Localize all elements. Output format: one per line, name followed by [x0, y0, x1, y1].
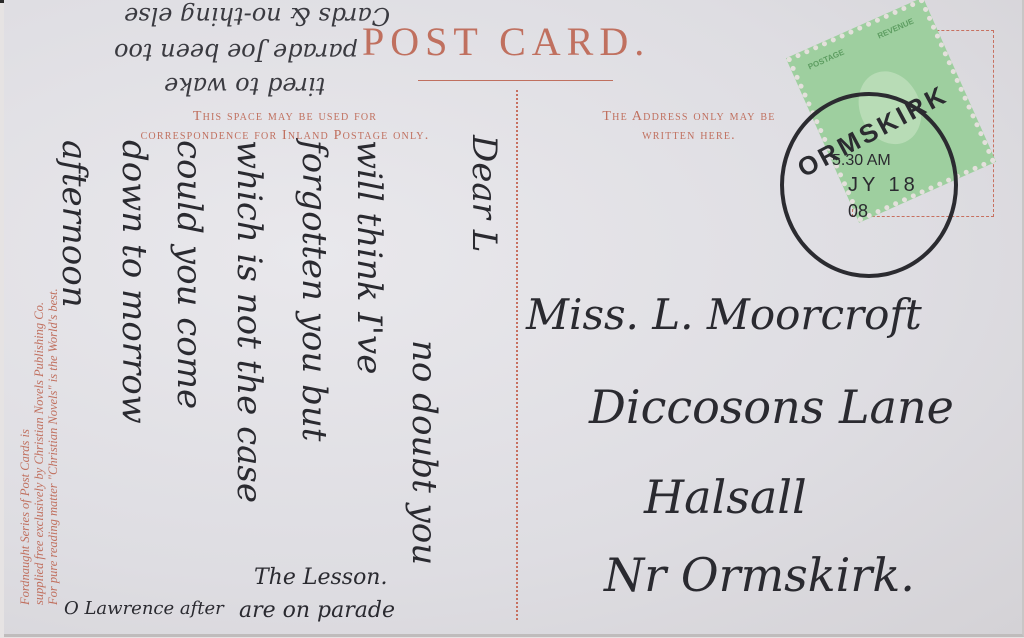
address-village: Halsall — [644, 470, 807, 524]
message-line: no doubt you — [404, 340, 444, 565]
message-line: afternoon — [54, 140, 94, 308]
postmark-year: 08 — [848, 201, 868, 222]
instruction-line: The Address only may be — [564, 107, 814, 126]
center-divider — [516, 90, 518, 620]
message-line: could you come — [169, 140, 209, 409]
instruction-line: written here. — [564, 126, 814, 145]
note-line: O Lawrence after — [64, 598, 224, 619]
imprint-line: supplied free exclusively by Christian N… — [32, 15, 46, 605]
message-line: Dear L — [464, 135, 504, 252]
postmark-time: 5.30 AM — [832, 152, 891, 170]
message-line: down to morrow — [114, 140, 154, 424]
message-line: which is not the case — [229, 140, 269, 503]
address-street: Diccosons Lane — [589, 380, 954, 434]
upside-down-line: tired to wake — [164, 72, 325, 100]
address-town: Nr Ormskirk. — [604, 548, 915, 602]
side-imprint: Fordnaught Series of Post Cards is suppl… — [18, 15, 60, 605]
address-name: Miss. L. Moorcroft — [526, 290, 922, 339]
upside-down-line: parade Joe been too — [114, 38, 358, 66]
postcard-title: POST CARD. — [362, 18, 650, 65]
instruction-line: This space may be used for — [90, 107, 480, 126]
stamp-label: REVENUE — [876, 17, 915, 41]
address-instruction: The Address only may be written here. — [564, 107, 814, 145]
title-rule — [418, 80, 613, 81]
note-line: The Lesson. — [254, 565, 387, 590]
upside-down-line: Cards & no-thing else — [124, 2, 390, 30]
postcard: POST CARD. This space may be used for co… — [4, 0, 1024, 637]
note-line: are on parade — [239, 598, 395, 623]
imprint-line: For pure reading matter "Christian Novel… — [46, 15, 60, 605]
stamp-label: POSTAGE — [807, 48, 846, 72]
message-line: will think I've — [349, 140, 389, 374]
postmark: ORMSKIRK 5.30 AM JY 18 08 — [780, 92, 958, 278]
message-line: forgotten you but — [294, 140, 334, 441]
imprint-line: Fordnaught Series of Post Cards is — [18, 15, 32, 605]
postmark-date: JY 18 — [848, 174, 919, 197]
